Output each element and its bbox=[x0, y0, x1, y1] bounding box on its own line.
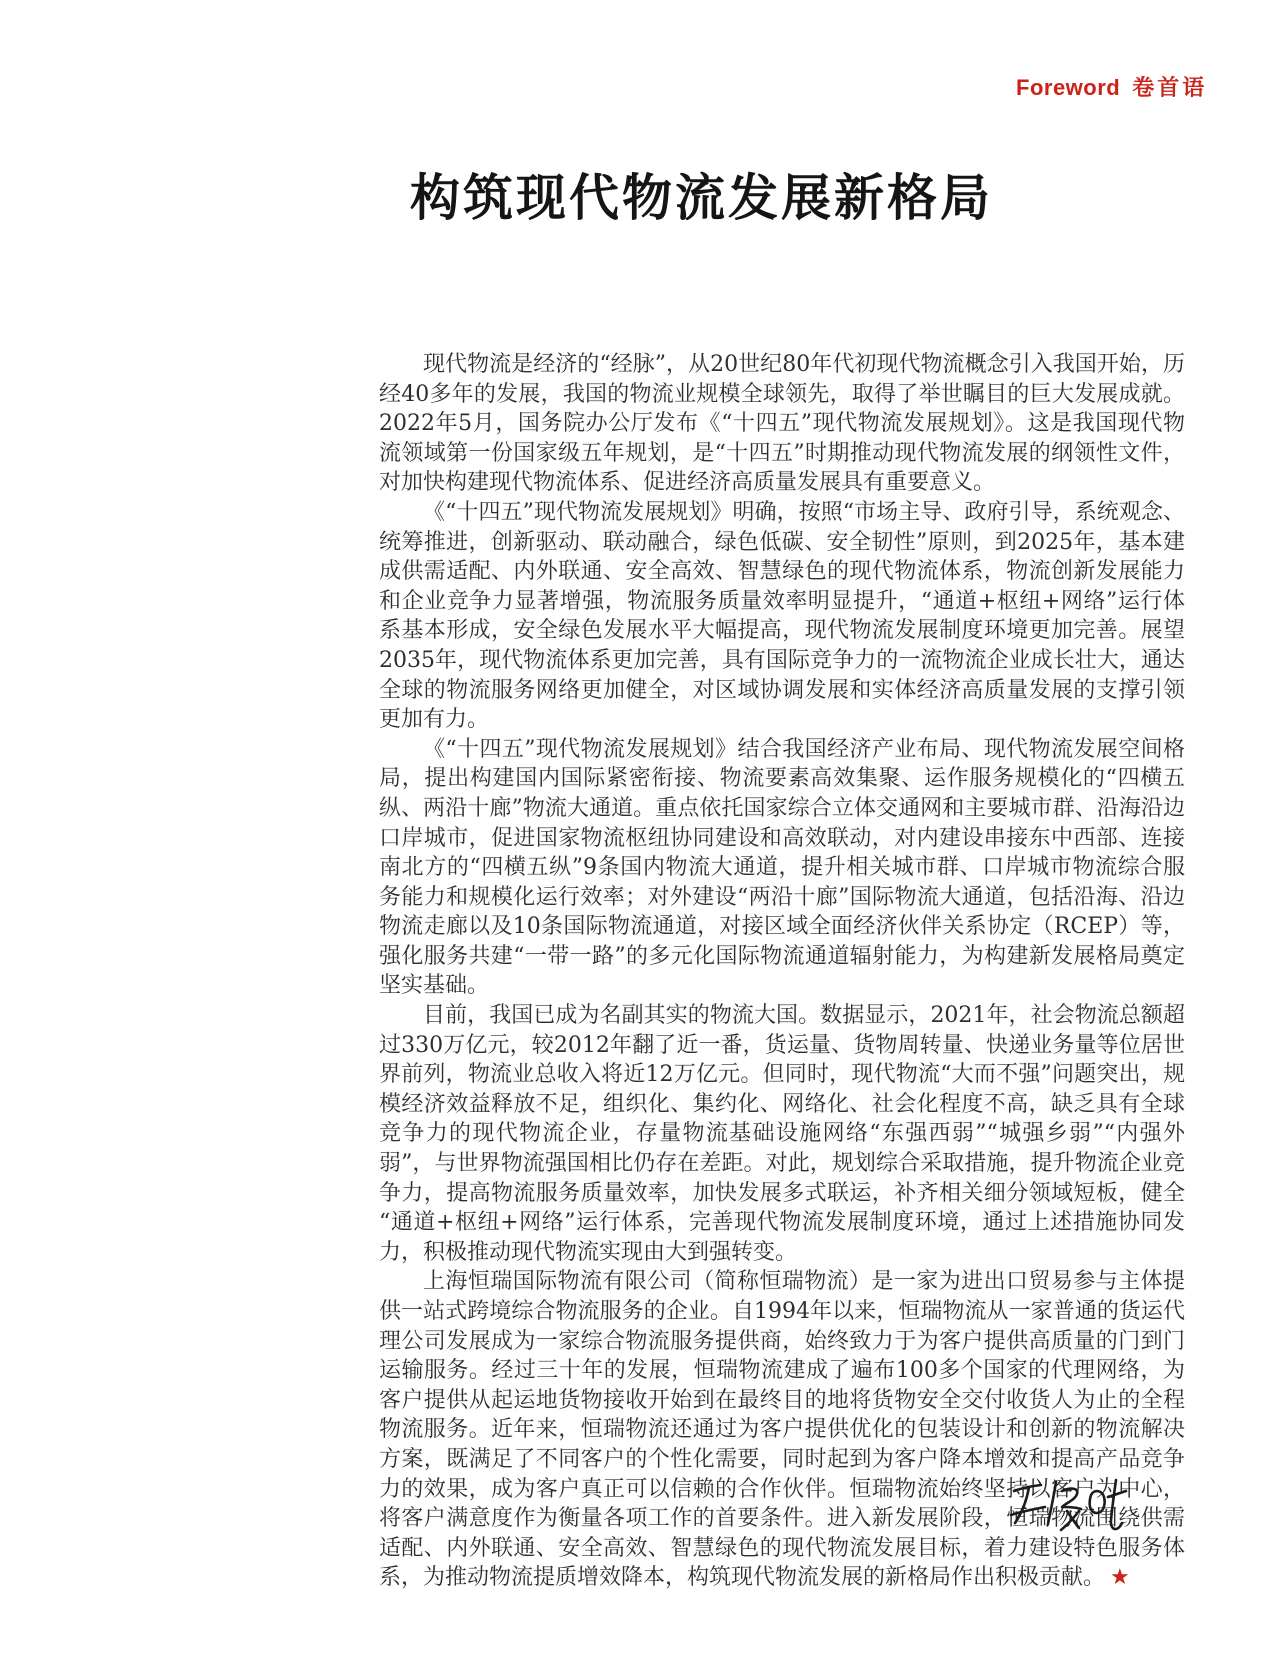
signature-handwriting bbox=[1008, 1472, 1138, 1544]
paragraph-5: 上海恒瑞国际物流有限公司（简称恒瑞物流）是一家为进出口贸易参与主体提供一站式跨境… bbox=[379, 1267, 1185, 1593]
end-star-icon: ★ bbox=[1105, 1565, 1130, 1590]
paragraph-4-text: 目前，我国已成为名副其实的物流大国。数据显示，2021年，社会物流总额超过330… bbox=[379, 1003, 1185, 1265]
foreword-label-cn: 卷首语 bbox=[1132, 75, 1207, 100]
paragraph-2-text: 《“十四五”现代物流发展规划》明确，按照“市场主导、政府引导，系统观念、统筹推进… bbox=[379, 500, 1185, 732]
paragraph-1-text: 现代物流是经济的“经脉”，从20世纪80年代初现代物流概念引入我国开始，历经40… bbox=[379, 352, 1185, 495]
signature-strokes bbox=[1008, 1472, 1138, 1544]
foreword-label-en: Foreword bbox=[1016, 75, 1120, 100]
paragraph-4: 目前，我国已成为名副其实的物流大国。数据显示，2021年，社会物流总额超过330… bbox=[379, 1001, 1185, 1267]
section-label: Foreword卷首语 bbox=[1016, 71, 1207, 102]
foreword-page: Foreword卷首语 构筑现代物流发展新格局 现代物流是经济的“经脉”，从20… bbox=[0, 0, 1270, 1654]
article-body: 现代物流是经济的“经脉”，从20世纪80年代初现代物流概念引入我国开始，历经40… bbox=[379, 350, 1185, 1593]
paragraph-3: 《“十四五”现代物流发展规划》结合我国经济产业布局、现代物流发展空间格局，提出构… bbox=[379, 735, 1185, 1001]
paragraph-2: 《“十四五”现代物流发展规划》明确，按照“市场主导、政府引导，系统观念、统筹推进… bbox=[379, 498, 1185, 735]
paragraph-1: 现代物流是经济的“经脉”，从20世纪80年代初现代物流概念引入我国开始，历经40… bbox=[379, 350, 1185, 498]
paragraph-3-text: 《“十四五”现代物流发展规划》结合我国经济产业布局、现代物流发展空间格局，提出构… bbox=[379, 737, 1185, 999]
page-title: 构筑现代物流发展新格局 bbox=[410, 158, 993, 230]
